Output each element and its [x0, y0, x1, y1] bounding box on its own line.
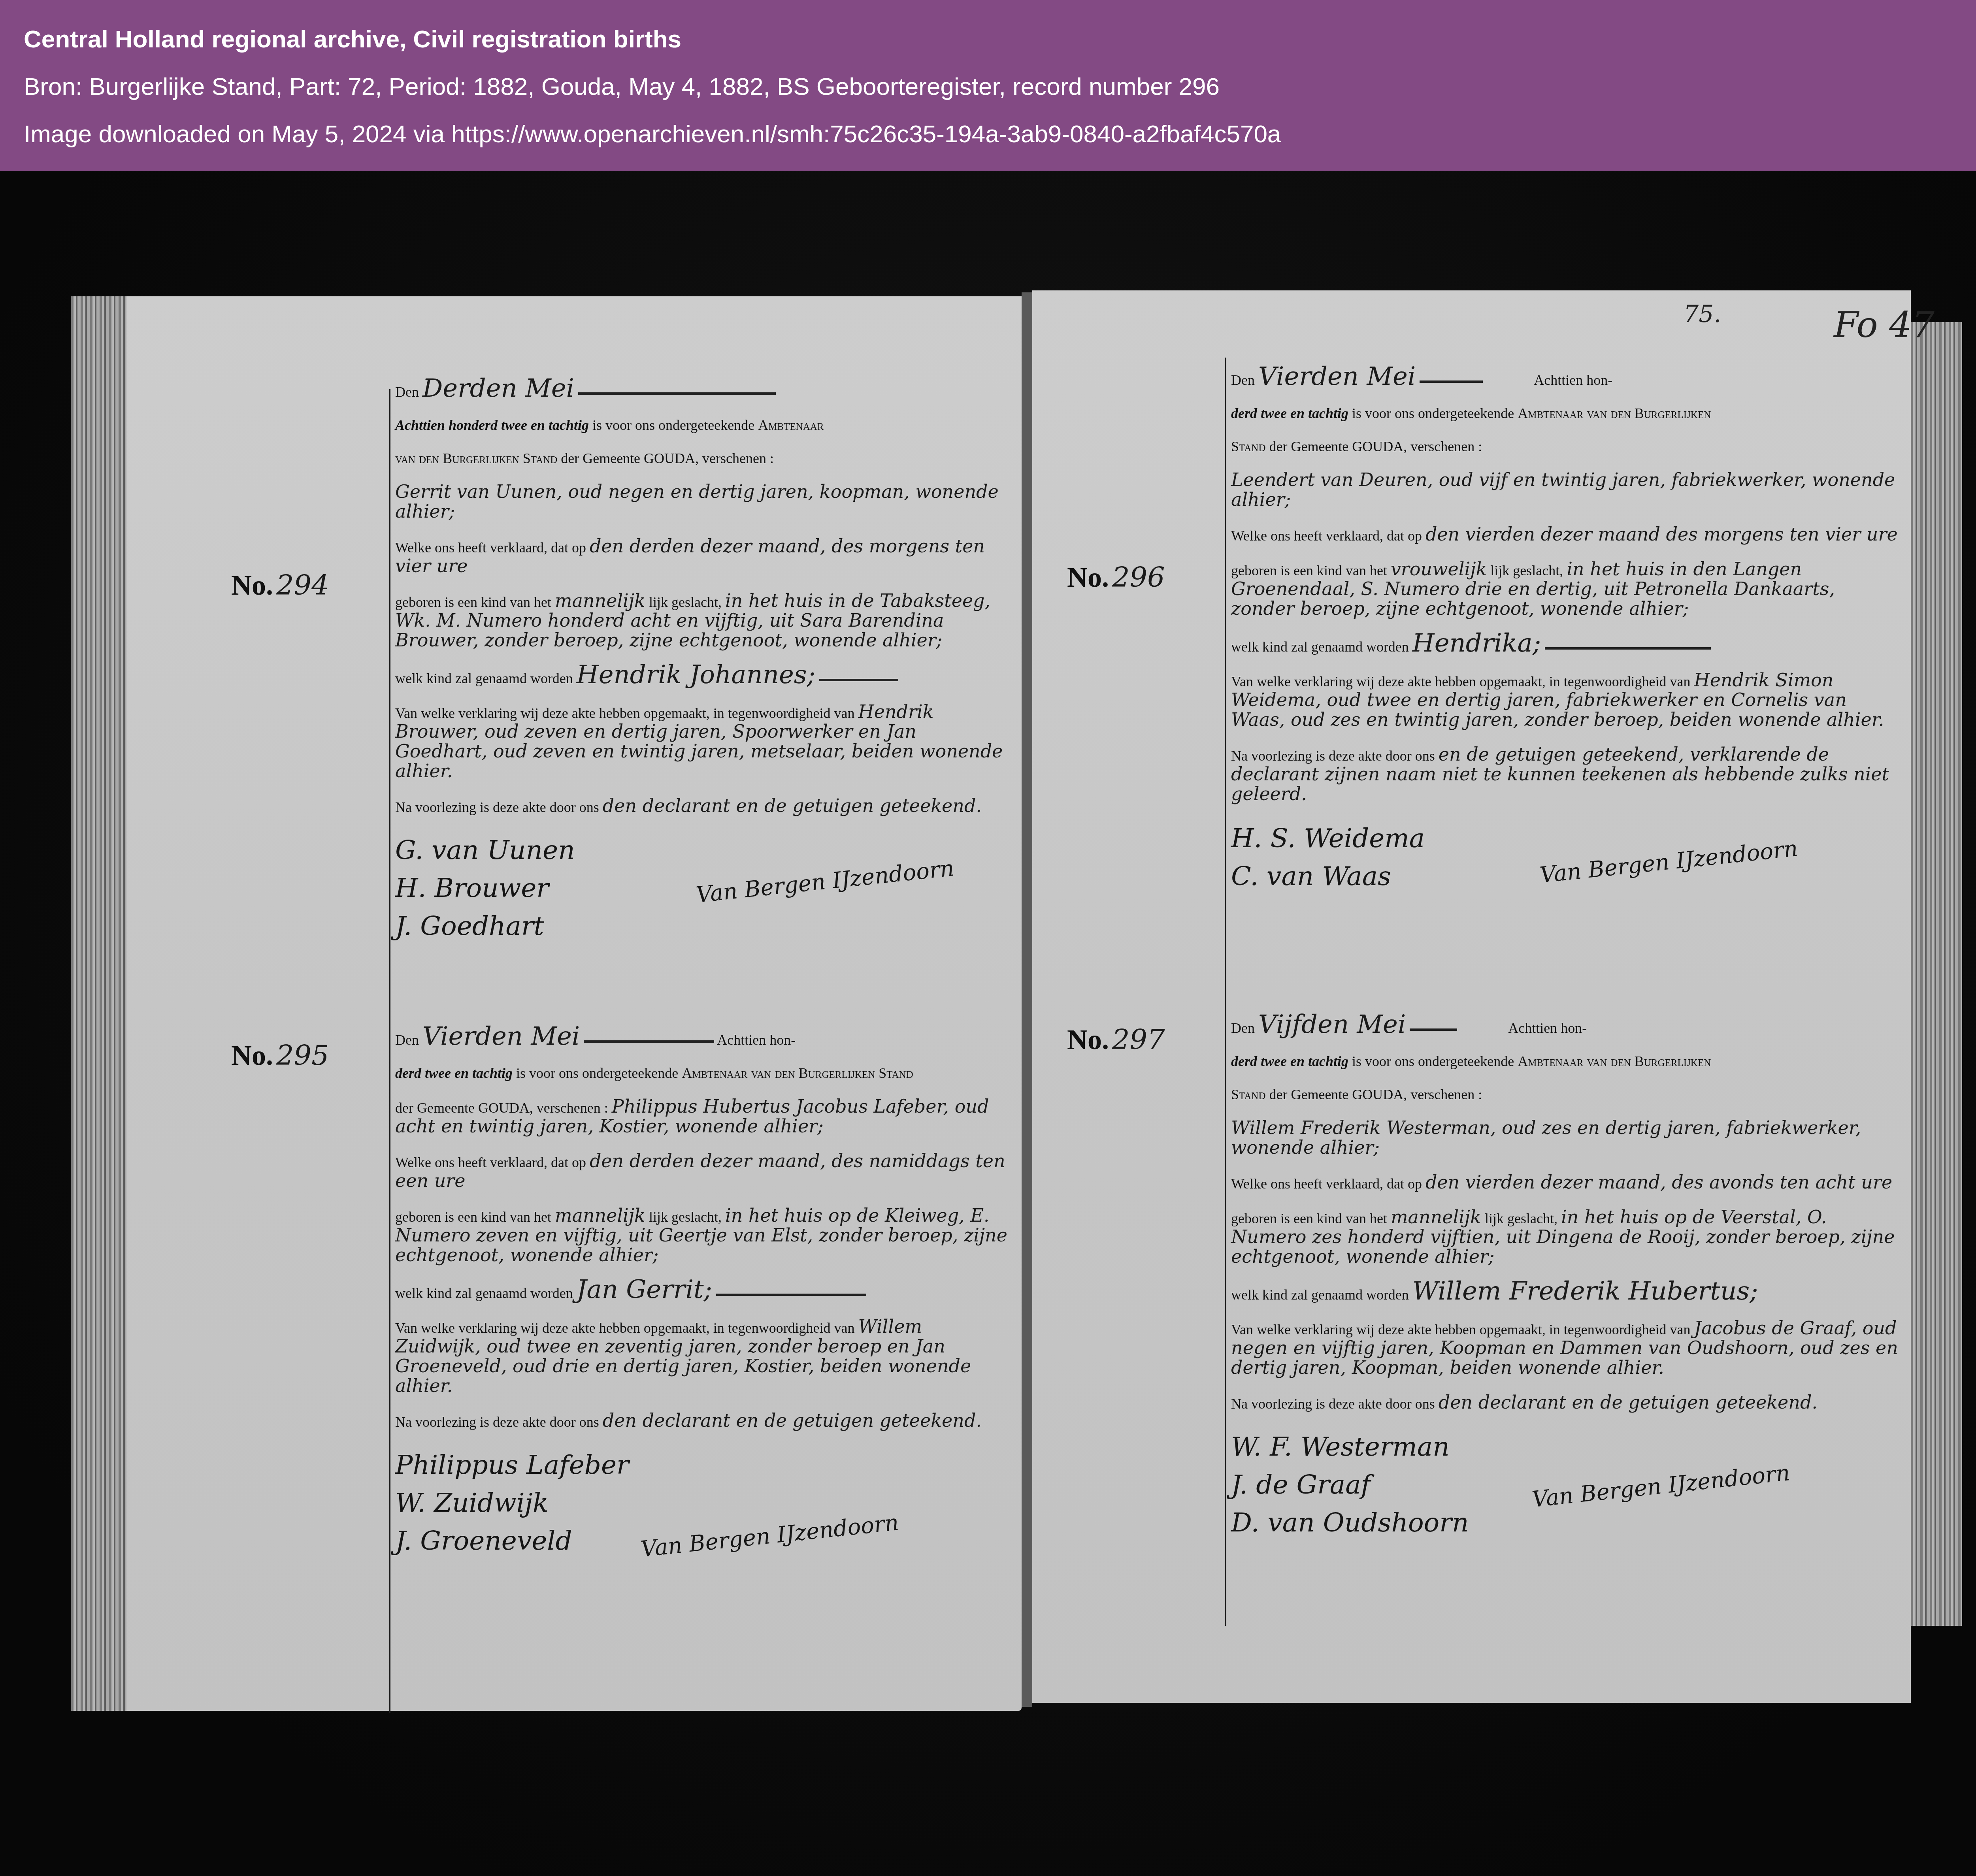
- right-margin-rule: [1225, 358, 1226, 1626]
- folio-number: 75.: [1684, 300, 1721, 328]
- birth-record-295: Den Vierden Mei Achttien hon- derd twee …: [395, 1027, 1012, 1560]
- record-number-294: No.294: [231, 569, 329, 602]
- signature: H. S. Weidema: [1231, 819, 1903, 857]
- download-info: Image downloaded on May 5, 2024 via http…: [24, 120, 1281, 149]
- record-number-296: No.296: [1067, 561, 1165, 594]
- signed-statement: den declarant en de getuigen geteekend.: [603, 795, 982, 816]
- record-date: Derden Mei: [422, 374, 574, 403]
- signatures: W. F. Westerman J. de Graaf D. van Oudsh…: [1231, 1428, 1903, 1542]
- right-page-edges: [1911, 322, 1962, 1626]
- record-date: Vijfden Mei: [1258, 1010, 1406, 1039]
- archive-title: Central Holland regional archive, Civil …: [24, 25, 681, 54]
- signature: W. F. Westerman: [1231, 1428, 1903, 1466]
- left-margin-rule: [389, 389, 390, 1713]
- source-citation: Bron: Burgerlijke Stand, Part: 72, Perio…: [24, 73, 1220, 101]
- signatures: Philippus Lafeber W. Zuidwijk J. Groenev…: [395, 1446, 1012, 1560]
- child-sex: mannelijk: [555, 590, 645, 611]
- record-number-297: No.297: [1067, 1023, 1165, 1056]
- birth-time: den vierden dezer maand, des avonds ten …: [1425, 1172, 1892, 1193]
- left-page-edges: [71, 296, 126, 1711]
- child-sex: mannelijk: [1391, 1206, 1481, 1228]
- birth-time: den vierden dezer maand des morgens ten …: [1425, 524, 1898, 545]
- child-name: Jan Gerrit;: [577, 1275, 712, 1304]
- child-name: Hendrika;: [1412, 629, 1541, 658]
- child-name: Willem Frederik Hubertus;: [1412, 1277, 1758, 1306]
- signature: Philippus Lafeber: [395, 1446, 1012, 1484]
- number-label: No.: [231, 569, 273, 601]
- signed-statement: den declarant en de getuigen geteekend.: [1439, 1392, 1818, 1413]
- number-label: No.: [1067, 561, 1109, 593]
- birth-record-294: Den Derden Mei Achttien honderd twee en …: [395, 379, 1012, 945]
- archive-header: Central Holland regional archive, Civil …: [0, 0, 1976, 171]
- birth-record-296: Den Vierden Mei Achttien hon- derd twee …: [1231, 367, 1903, 895]
- signatures: H. S. Weidema C. van Waas Van Bergen IJz…: [1231, 819, 1903, 895]
- number-label: No.: [1067, 1024, 1109, 1055]
- birth-record-297: Den Vijfden Mei Achttien hon- derd twee …: [1231, 1015, 1903, 1542]
- book-gutter: [1022, 292, 1032, 1707]
- child-sex: vrouwelijk: [1391, 558, 1487, 580]
- number-label: No.: [231, 1040, 273, 1071]
- declarant: Gerrit van Uunen, oud negen en dertig ja…: [395, 481, 999, 522]
- record-date: Vierden Mei: [1258, 362, 1416, 391]
- child-sex: mannelijk: [555, 1205, 645, 1226]
- declarant: Willem Frederik Westerman, oud zes en de…: [1231, 1117, 1861, 1158]
- signed-statement: den declarant en de getuigen geteekend.: [603, 1410, 982, 1431]
- folio-mark: Fo 47: [1834, 304, 1935, 346]
- signature: W. Zuidwijk: [395, 1484, 1012, 1522]
- signatures: G. van Uunen H. Brouwer J. Goedhart Van …: [395, 831, 1012, 945]
- record-number-295: No.295: [231, 1039, 329, 1072]
- child-name: Hendrik Johannes;: [577, 660, 815, 689]
- declarant: Leendert van Deuren, oud vijf en twintig…: [1231, 469, 1895, 510]
- record-date: Vierden Mei: [422, 1022, 580, 1051]
